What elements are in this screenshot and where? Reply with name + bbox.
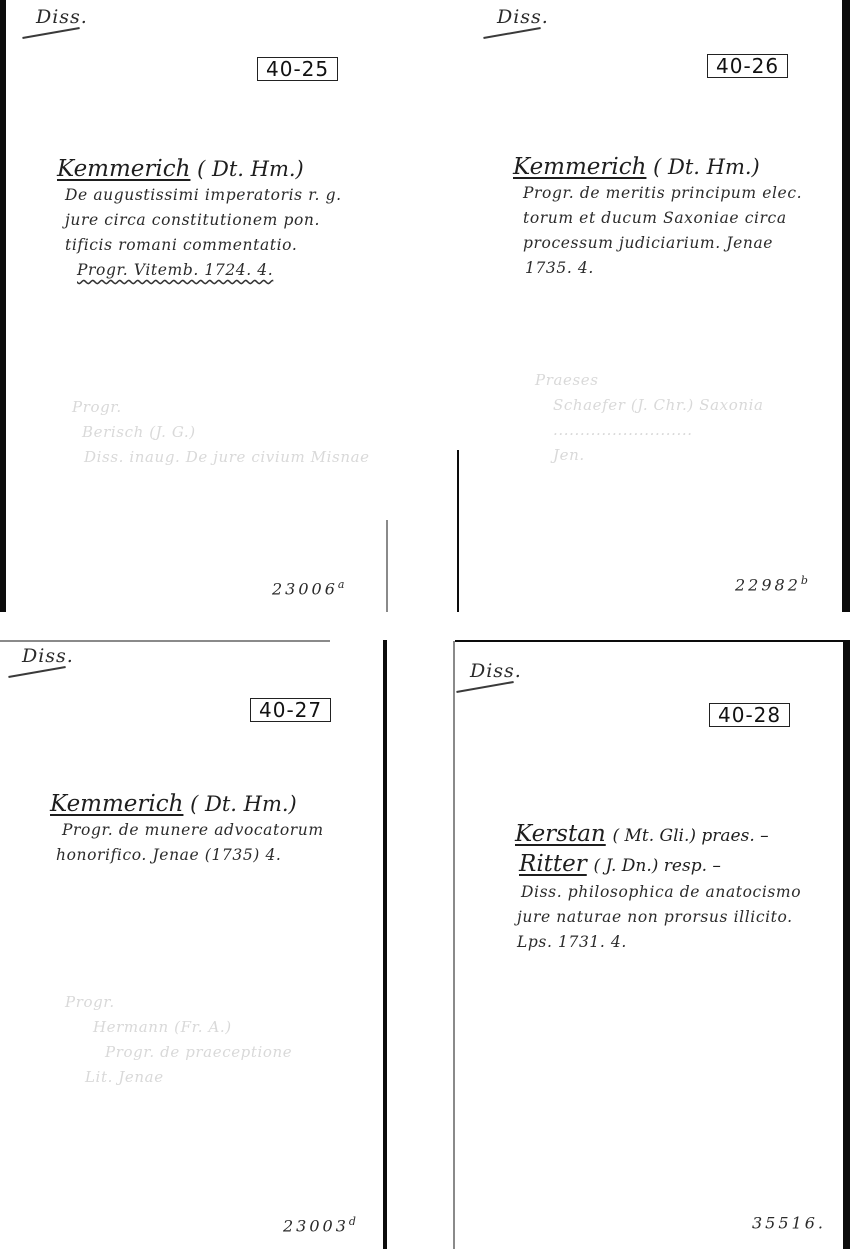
- entry-heading: Kemmerich ( Dt. Hm.): [513, 153, 802, 181]
- author-initials: ( Mt. Gli.) praes. –: [612, 826, 768, 846]
- entry-line: Progr. Vitemb. 1724. 4.: [77, 258, 342, 283]
- author-initials: ( Dt. Hm.): [197, 157, 304, 181]
- entry-line: tificis romani commentatio.: [65, 233, 342, 258]
- catalog-entry: Kerstan ( Mt. Gli.) praes. – Ritter ( J.…: [515, 820, 801, 955]
- entry-line: torum et ducum Saxoniae circa: [523, 206, 802, 231]
- corner-mark: Diss.: [497, 6, 549, 28]
- catalog-entry: Kemmerich ( Dt. Hm.) Progr. de meritis p…: [513, 153, 802, 281]
- faded-bleedthrough: Progr. Berisch (J. G.) Diss. inaug. De j…: [72, 395, 370, 470]
- author-name: Kemmerich: [50, 791, 183, 817]
- author-name: Kerstan: [515, 821, 606, 847]
- faded-bleedthrough: Progr. Hermann (Fr. A.) Progr. de praece…: [65, 990, 292, 1090]
- author-name: Kemmerich: [57, 156, 190, 182]
- entry-line: processum judiciarium. Jenae: [523, 231, 802, 256]
- entry-heading: Kerstan ( Mt. Gli.) praes. –: [515, 820, 801, 850]
- shelf-mark: 40-26: [707, 54, 788, 78]
- scan-edge-right-bottom: [843, 641, 850, 1249]
- card-4-top-edge: [455, 640, 850, 642]
- card-divider-bottom: [383, 640, 387, 1249]
- author-initials: ( Dt. Hm.): [653, 155, 760, 179]
- accession-number: 22982b: [735, 574, 808, 594]
- entry-line: 1735. 4.: [525, 256, 802, 281]
- card-divider-top: [386, 520, 388, 612]
- scan-edge-right-top: [842, 0, 850, 612]
- corner-mark: Diss.: [470, 660, 522, 682]
- entry-line: jure naturae non prorsus illicito.: [517, 905, 801, 930]
- shelf-mark: 40-25: [257, 57, 338, 81]
- accession-number: 23003d: [283, 1215, 356, 1235]
- entry-heading: Kemmerich ( Dt. Hm.): [50, 790, 324, 818]
- entry-line: Diss. philosophica de anatocismo: [521, 880, 801, 905]
- catalog-entry: Kemmerich ( Dt. Hm.) De augustissimi imp…: [57, 155, 342, 283]
- accession-number: 35516.: [752, 1212, 826, 1232]
- corner-mark: Diss.: [36, 6, 88, 28]
- entry-line: Progr. de munere advocatorum: [62, 818, 324, 843]
- shelf-mark: 40-28: [709, 703, 790, 727]
- scan-edge-left-top: [0, 0, 6, 612]
- entry-line: Lps. 1731. 4.: [517, 930, 801, 955]
- entry-heading: Kemmerich ( Dt. Hm.): [57, 155, 342, 183]
- shelf-mark: 40-27: [250, 698, 331, 722]
- respondent-initials: ( J. Dn.) resp. –: [593, 856, 720, 876]
- respondent-name: Ritter: [519, 851, 587, 877]
- card-divider-top-dark: [457, 450, 459, 612]
- entry-heading-respondent: Ritter ( J. Dn.) resp. –: [519, 850, 801, 880]
- corner-mark: Diss.: [22, 645, 74, 667]
- card-3-top-edge: [0, 640, 330, 642]
- card-4-left-edge: [453, 641, 455, 1249]
- author-initials: ( Dt. Hm.): [190, 792, 297, 816]
- faded-bleedthrough: Praeses Schaefer (J. Chr.) Saxonia .....…: [535, 368, 764, 468]
- entry-line: jure circa constitutionem pon.: [65, 208, 342, 233]
- entry-line: honorifico. Jenae (1735) 4.: [56, 843, 324, 868]
- catalog-entry: Kemmerich ( Dt. Hm.) Progr. de munere ad…: [50, 790, 324, 868]
- entry-line: De augustissimi imperatoris r. g.: [65, 183, 342, 208]
- author-name: Kemmerich: [513, 154, 646, 180]
- entry-line: Progr. de meritis principum elec.: [523, 181, 802, 206]
- accession-number: 23006a: [272, 578, 344, 598]
